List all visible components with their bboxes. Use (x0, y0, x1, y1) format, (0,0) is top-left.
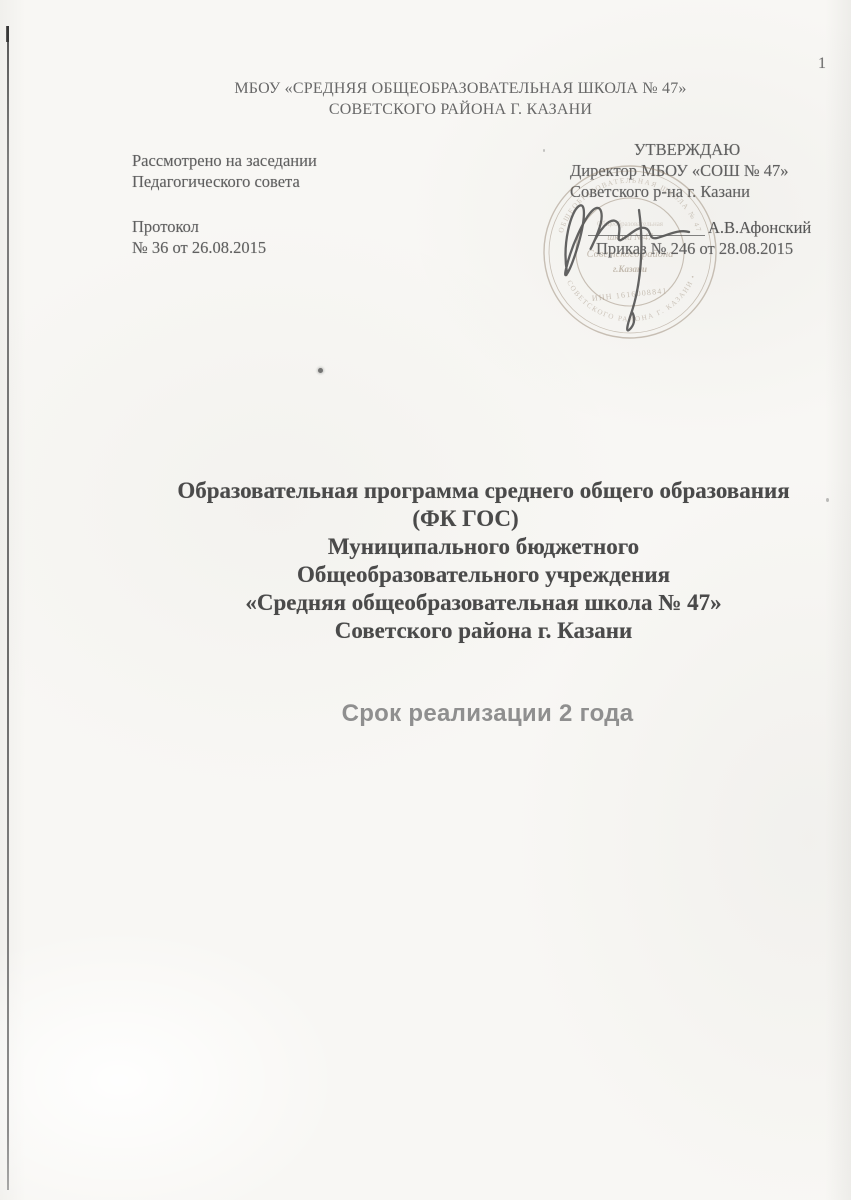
document-title-block: Образовательная программа среднего общег… (58, 477, 851, 645)
ink-speck (826, 498, 829, 502)
review-line-3: Протокол (132, 216, 317, 237)
signature-line (588, 235, 705, 236)
scanner-edge-mark (6, 26, 9, 42)
header-line-2: СОВЕТСКОГО РАЙОНА Г. КАЗАНИ (35, 99, 851, 120)
review-line-2: Педагогического совета (132, 171, 317, 192)
ink-speck (318, 368, 323, 373)
title-line-4: Общеобразовательного учреждения (58, 561, 851, 589)
implementation-period: Срок реализации 2 года (62, 700, 851, 728)
title-line-3: Муниципального бюджетного (58, 533, 851, 561)
header-line-1: МБОУ «СРЕДНЯЯ ОБЩЕОБРАЗОВАТЕЛЬНАЯ ШКОЛА … (35, 78, 851, 99)
scanned-document-page: { "page": { "number": "1" }, "header": {… (0, 0, 851, 1200)
order-line: Приказ № 246 от 28.08.2015 (596, 239, 793, 259)
title-line-5: «Средняя общеобразовательная школа № 47» (58, 589, 851, 617)
review-block: Рассмотрено на заседании Педагогического… (132, 150, 317, 258)
review-line-4: № 36 от 26.08.2015 (132, 237, 317, 258)
ink-speck (543, 149, 545, 152)
title-line-6: Советского района г. Казани (58, 617, 851, 645)
review-line-1: Рассмотрено на заседании (132, 150, 317, 171)
scanner-edge-line (7, 26, 9, 1190)
page-number: 1 (818, 55, 826, 73)
signature (540, 185, 710, 345)
review-gap (132, 192, 317, 216)
title-line-2: (ФК ГОС) (412, 505, 518, 533)
title-line-1: Образовательная программа среднего общег… (58, 477, 851, 505)
signer-name: А.В.Афонский (708, 218, 811, 238)
document-header: МБОУ «СРЕДНЯЯ ОБЩЕОБРАЗОВАТЕЛЬНАЯ ШКОЛА … (35, 78, 851, 120)
approval-title: УТВЕРЖДАЮ (570, 139, 822, 160)
